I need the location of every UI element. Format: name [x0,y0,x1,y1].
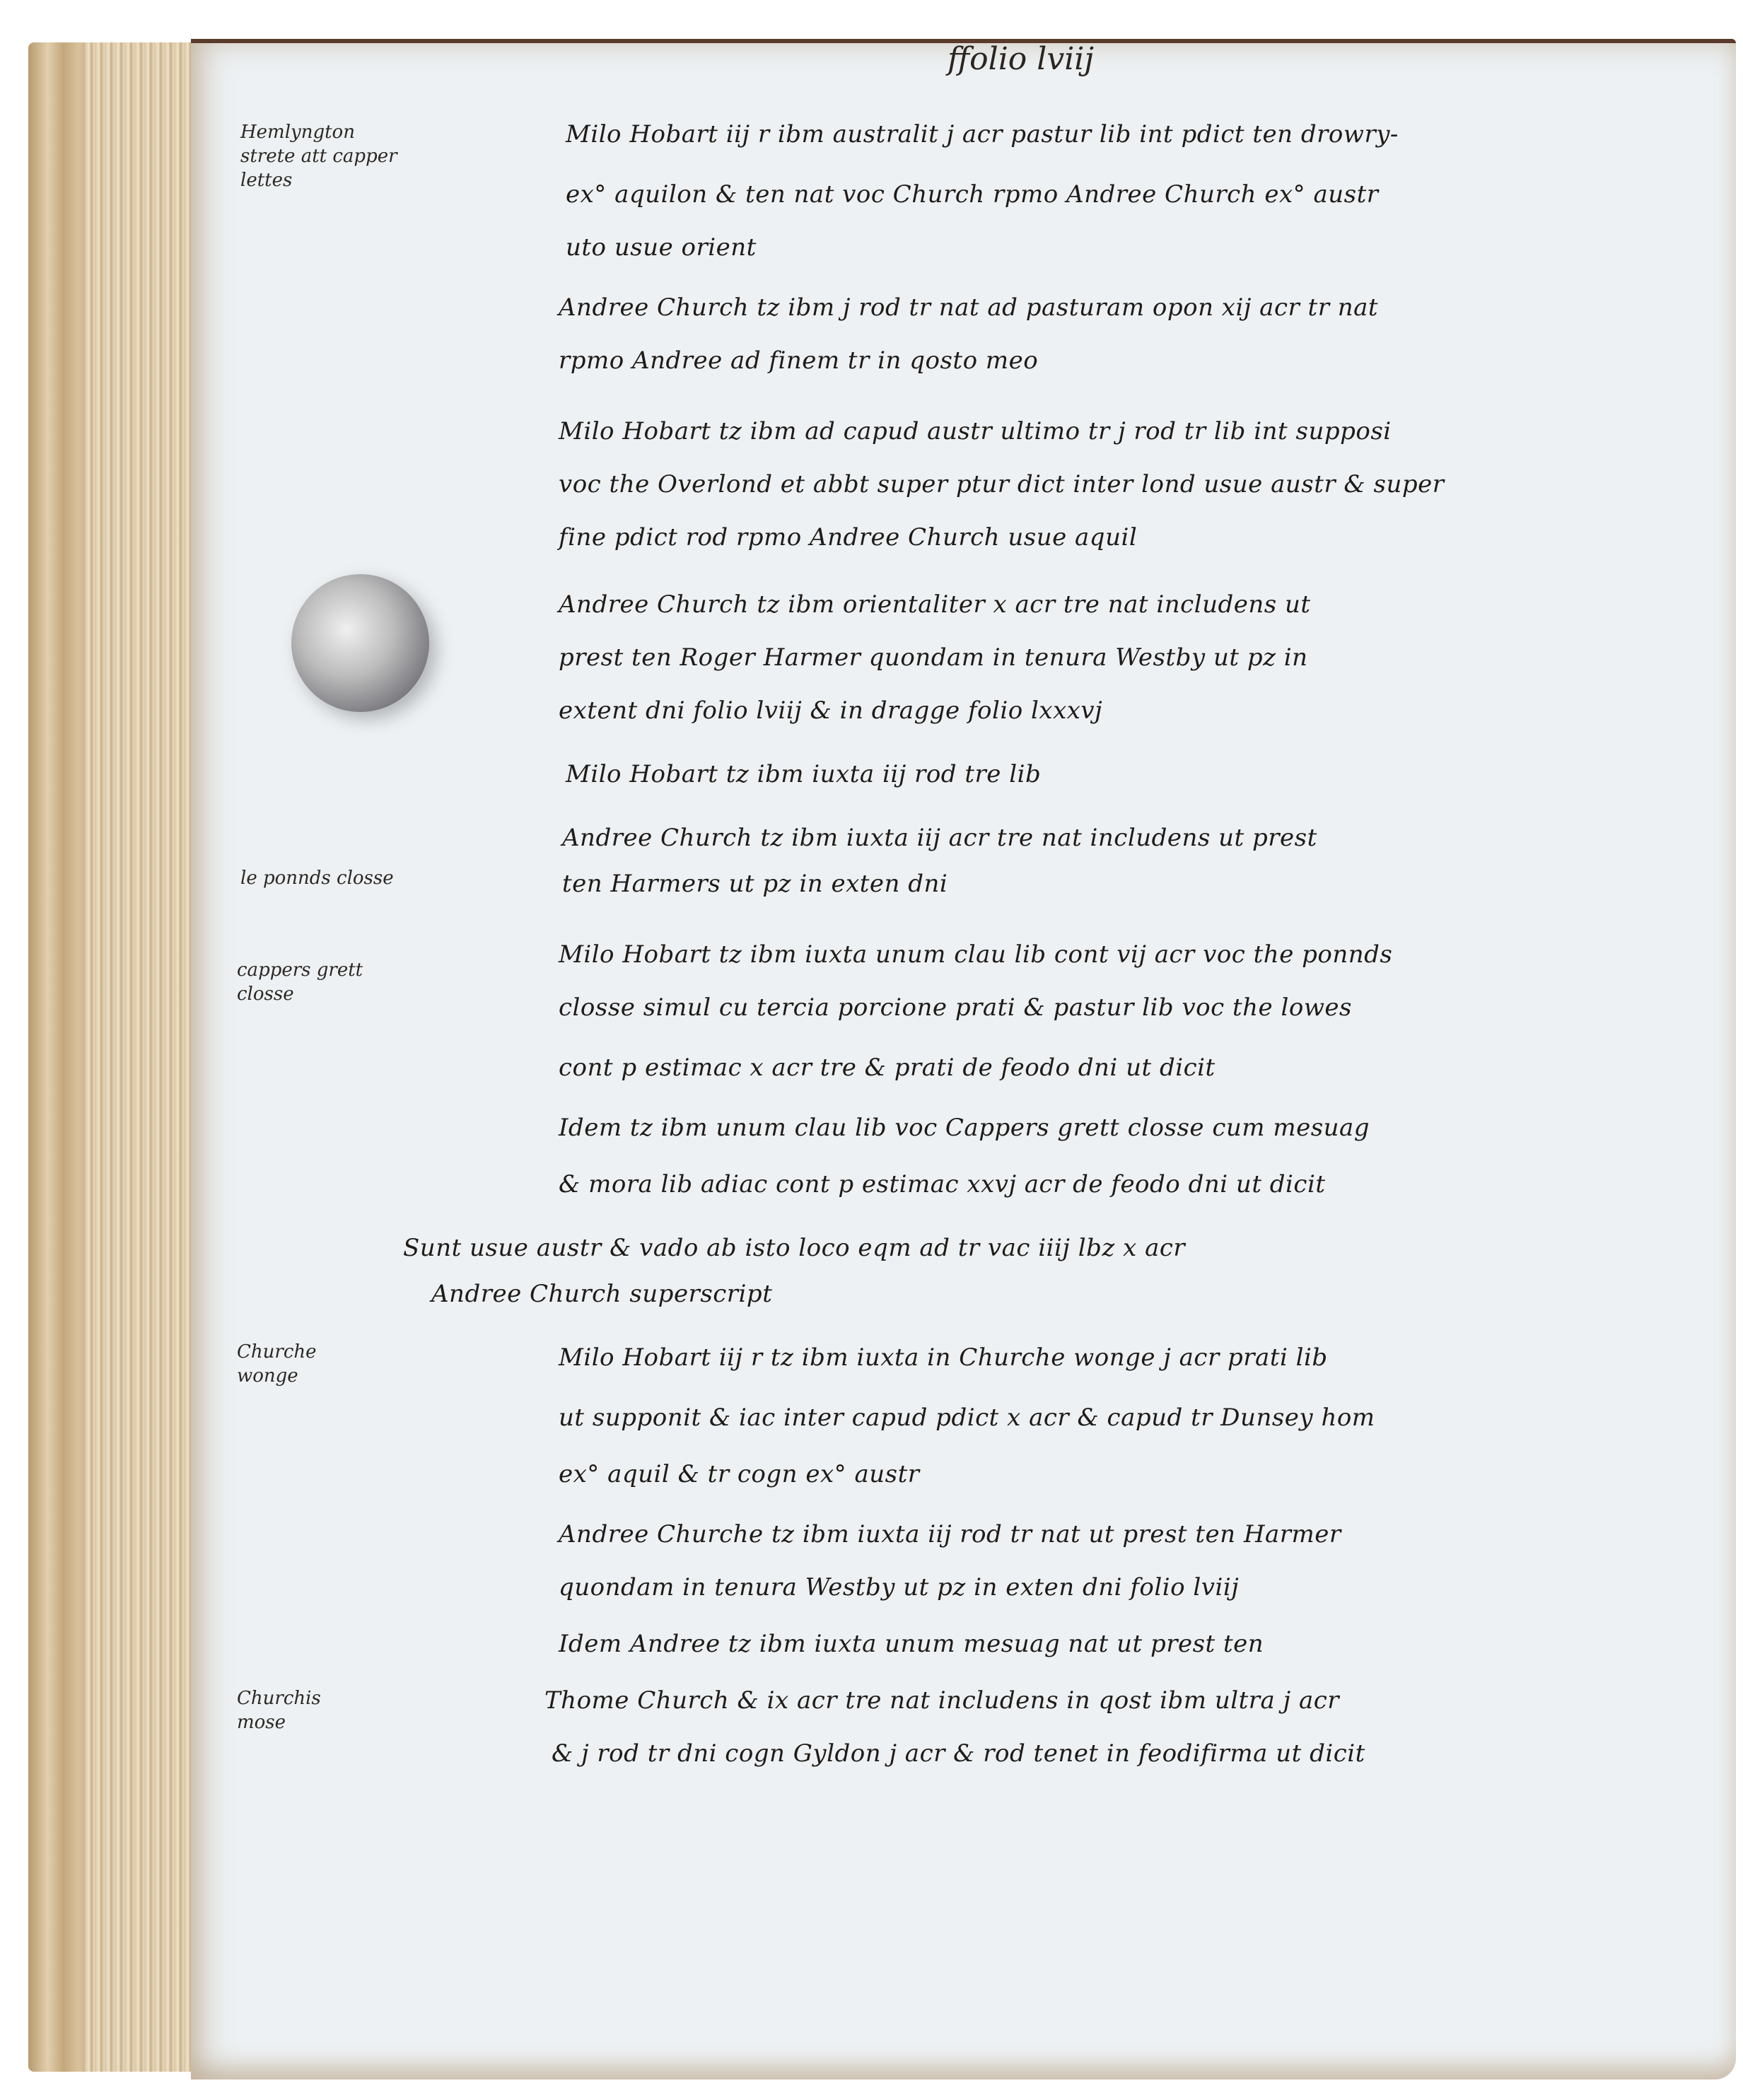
text-line: closse simul cu tercia porcione prati & … [559,993,1352,1022]
text-line: Idem tz ibm unum clau lib voc Cappers gr… [559,1114,1370,1142]
text-line: ut supponit & iac inter capud pdict x ac… [559,1404,1375,1432]
text-line: quondam in tenura Westby ut pz in exten … [559,1573,1239,1602]
text-line: voc the Overlond et abbt super ptur dict… [559,470,1444,498]
margin-note-ponnds-closse: le ponnds closse [240,866,394,890]
text-line: ex° aquilon & ten nat voc Church rpmo An… [566,180,1379,209]
text-line: Milo Hobart tz ibm iuxta unum clau lib c… [559,940,1392,969]
margin-note-hemlyngton: Hemlyngton strete att capper lettes [240,120,397,192]
page-edges [85,42,205,2072]
text-line: Andree Church tz ibm iuxta iij acr tre n… [562,824,1317,852]
text-line: fine pdict rod rpmo Andree Church usue a… [559,523,1137,552]
text-line: rpmo Andree ad finem tr in qosto meo [559,346,1038,375]
text-line: Milo Hobart iij r ibm australit j acr pa… [566,120,1399,148]
folio-heading: ffolio lviij [948,41,1094,77]
text-line: ex° aquil & tr cogn ex° austr [559,1460,920,1488]
text-line: Milo Hobart tz ibm iuxta iij rod tre lib [566,760,1041,788]
text-line: Idem Andree tz ibm iuxta unum mesuag nat… [559,1630,1264,1658]
text-line: extent dni folio lviij & in dragge folio… [559,696,1102,725]
text-line: Sunt usue austr & vado ab isto loco eqm … [403,1234,1185,1262]
metal-weight-object [291,574,429,712]
text-line: Andree Church tz ibm j rod tr nat ad pas… [559,293,1378,322]
text-line: & j rod tr dni cogn Gyldon j acr & rod t… [552,1739,1365,1768]
text-line: Milo Hobart iij r tz ibm iuxta in Church… [559,1343,1328,1372]
text-line: ten Harmers ut pz in exten dni [562,870,948,898]
margin-note-churchis-mose: Churchis mose [237,1686,321,1734]
text-line: prest ten Roger Harmer quondam in tenura… [559,643,1308,672]
text-line: Andree Churche tz ibm iuxta iij rod tr n… [559,1520,1341,1548]
text-line: Milo Hobart tz ibm ad capud austr ultimo… [559,417,1392,445]
margin-note-churche-wonge: Churche wonge [237,1340,317,1388]
text-line: cont p estimac x acr tre & prati de feod… [559,1054,1216,1082]
text-line: Andree Church tz ibm orientaliter x acr … [559,590,1311,619]
text-line: uto usue orient [566,233,757,262]
text-line: & mora lib adiac cont p estimac xxvj acr… [559,1170,1326,1198]
text-line: Andree Church superscript [431,1280,772,1308]
margin-note-cappers-grett-closse: cappers grett closse [237,958,363,1006]
text-line: Thome Church & ix acr tre nat includens … [544,1686,1339,1715]
